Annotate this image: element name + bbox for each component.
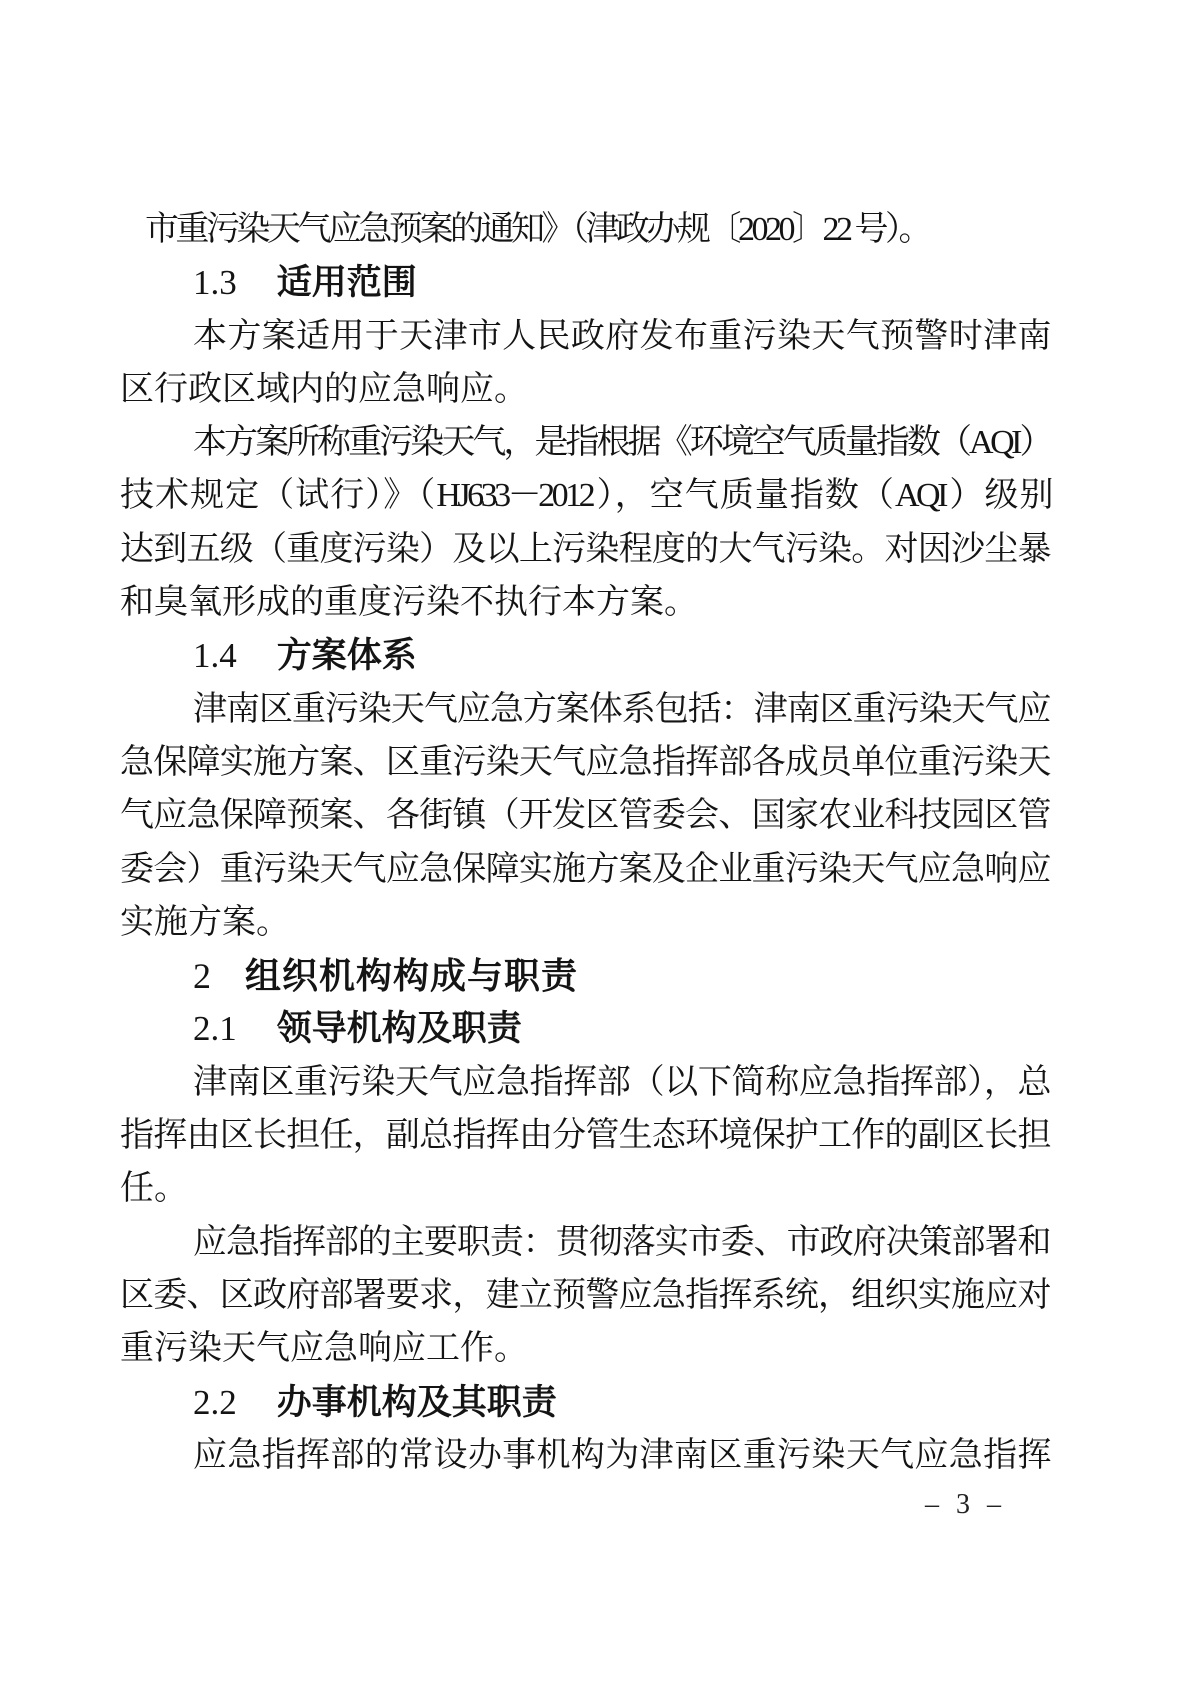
chapter-heading-2: 2组织机构构成与职责: [120, 949, 1050, 1002]
section-heading-1-4: 1.4方案体系: [120, 629, 1050, 682]
heading-number: 1.4: [193, 636, 237, 675]
page-number: – 3 –: [925, 1489, 1006, 1521]
heading-number: 2.2: [193, 1383, 237, 1422]
body-line: 津南区重污染天气应急指挥部（以下简称应急指挥部），总: [120, 1056, 1050, 1109]
section-heading-2-1: 2.1领导机构及职责: [120, 1002, 1050, 1055]
body-line: 技术规定（试行）》（HJ633－2012），空气质量指数（AQI）级别: [120, 469, 1050, 522]
heading-title: 领导机构及职责: [277, 1009, 522, 1048]
heading-number: 1.3: [193, 263, 237, 302]
body-line: 重污染天气应急响应工作。: [120, 1322, 1050, 1375]
body-line: 区委、区政府部署要求，建立预警应急指挥系统，组织实施应对: [120, 1269, 1050, 1322]
body-line: 任。: [120, 1162, 1050, 1215]
body-line: 达到五级（重度污染）及以上污染程度的大气污染。对因沙尘暴: [120, 523, 1050, 576]
body-line: 指挥由区长担任，副总指挥由分管生态环境保护工作的副区长担: [120, 1109, 1050, 1162]
body-line: 急保障实施方案、区重污染天气应急指挥部各成员单位重污染天: [120, 736, 1050, 789]
heading-title: 方案体系: [277, 636, 417, 675]
body-line: 本方案适用于天津市人民政府发布重污染天气预警时津南: [120, 310, 1050, 363]
heading-title: 办事机构及其职责: [277, 1383, 557, 1422]
body-line: 实施方案。: [120, 896, 1050, 949]
body-line: 委会）重污染天气应急保障实施方案及企业重污染天气应急响应: [120, 843, 1050, 896]
heading-number: 2.1: [193, 1009, 237, 1048]
heading-title: 组织机构构成与职责: [245, 955, 578, 996]
heading-number: 2: [193, 956, 211, 996]
body-line: 应急指挥部的常设办事机构为津南区重污染天气应急指挥: [120, 1429, 1050, 1482]
heading-title: 适用范围: [277, 263, 417, 302]
body-line: 本方案所称重污染天气，是指根据《环境空气质量指数（AQI）: [120, 416, 1050, 469]
body-line: 应急指挥部的主要职责：贯彻落实市委、市政府决策部署和: [120, 1216, 1050, 1269]
body-line: 和臭氧形成的重度污染不执行本方案。: [120, 576, 1050, 629]
body-line: 气应急保障预案、各街镇（开发区管委会、国家农业科技园区管: [120, 789, 1050, 842]
document-page: 市重污染天气应急预案的通知》（津政办规〔2020〕22 号）。 1.3适用范围 …: [0, 0, 1191, 1684]
section-heading-1-3: 1.3适用范围: [120, 256, 1050, 309]
document-text: 市重污染天气应急预案的通知》（津政办规〔2020〕22 号）。 1.3适用范围 …: [120, 203, 1050, 1482]
body-line: 津南区重污染天气应急方案体系包括：津南区重污染天气应: [120, 683, 1050, 736]
section-heading-2-2: 2.2办事机构及其职责: [120, 1376, 1050, 1429]
body-line: 区行政区域内的应急响应。: [120, 363, 1050, 416]
body-line: 市重污染天气应急预案的通知》（津政办规〔2020〕22 号）。: [120, 203, 1050, 256]
